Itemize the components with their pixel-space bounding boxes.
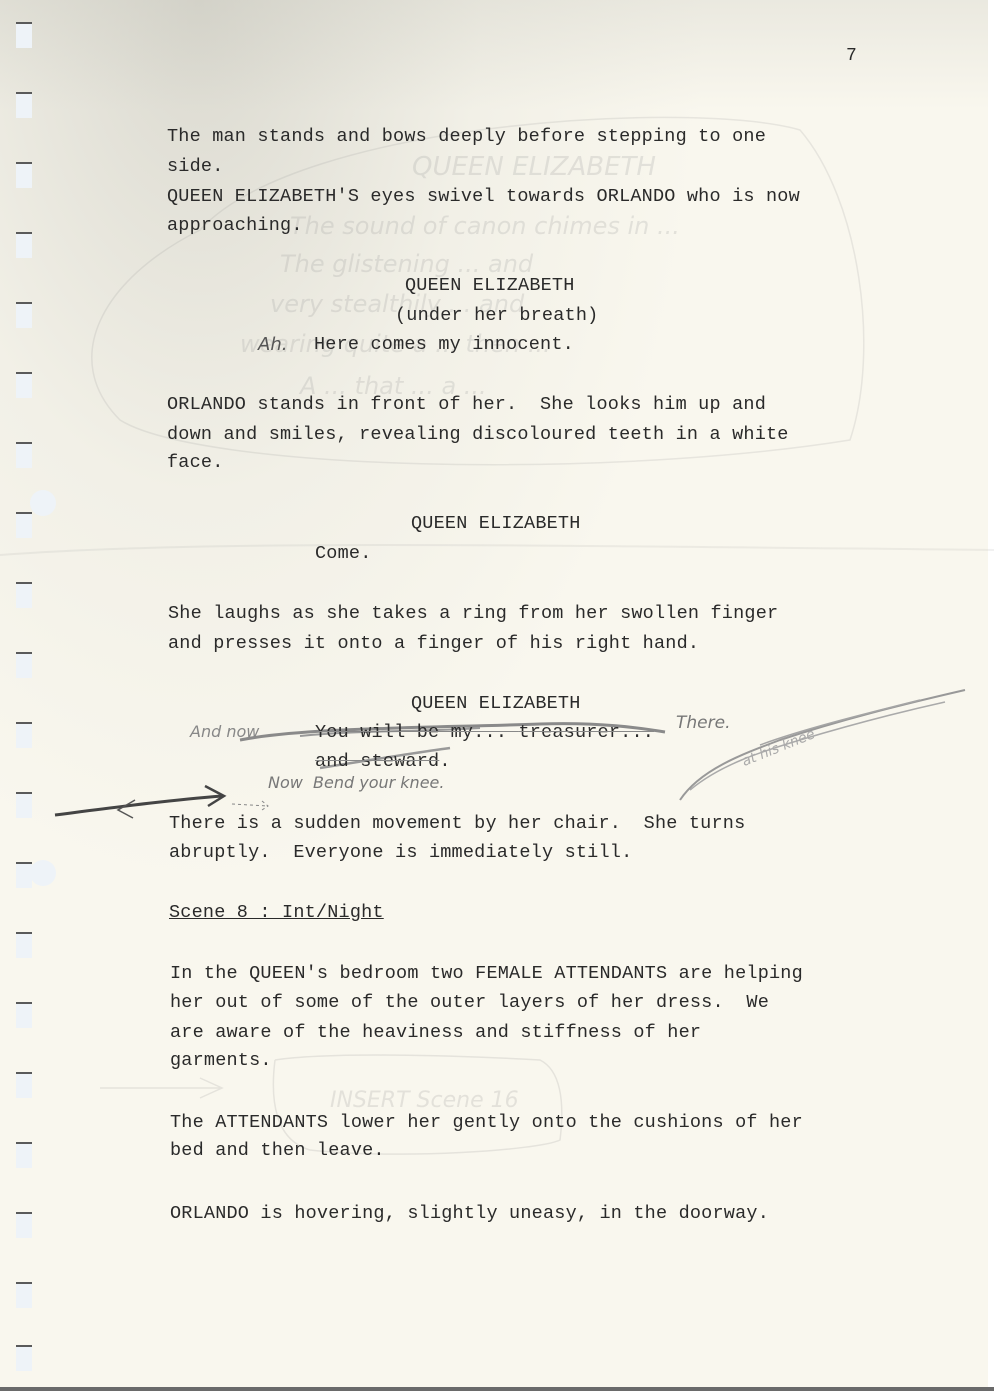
action-line: and presses it onto a finger of his righ… <box>168 633 699 654</box>
dialogue: Here comes my innocent. <box>314 334 574 355</box>
action-line: There is a sudden movement by her chair.… <box>169 813 745 834</box>
handwritten-annotation: And now <box>190 722 259 741</box>
struck-dialogue: You will be my... <box>315 722 518 743</box>
parenthetical: (under her breath) <box>395 305 598 326</box>
action-line: garments. <box>170 1050 272 1071</box>
struck-word: steward <box>360 751 439 772</box>
dialogue: You will be my... treasurer... <box>315 722 654 743</box>
dialogue: Come. <box>315 543 372 564</box>
character-name: QUEEN ELIZABETH <box>405 275 575 296</box>
action-line: ORLANDO is hovering, slightly uneasy, in… <box>170 1203 769 1224</box>
action-line: down and smiles, revealing discoloured t… <box>167 424 789 445</box>
handwritten-annotation: There. <box>676 713 730 733</box>
action-line: ORLANDO stands in front of her. She look… <box>167 394 766 415</box>
dialogue: and steward. <box>315 751 451 772</box>
action-line: The ATTENDANTS lower her gently onto the… <box>170 1112 803 1133</box>
action-line: approaching. <box>167 215 303 236</box>
character-name: QUEEN ELIZABETH <box>411 693 581 714</box>
action-line: bed and then leave. <box>170 1140 385 1161</box>
script-page: QUEEN ELIZABETH The sound of canon chime… <box>0 0 994 1391</box>
action-line: her out of some of the outer layers of h… <box>170 992 769 1013</box>
struck-dialogue: and <box>315 751 360 772</box>
action-line: are aware of the heaviness and stiffness… <box>170 1022 701 1043</box>
action-line: side. <box>167 156 224 177</box>
struck-word: treasurer... <box>518 722 654 743</box>
scene-heading: Scene 8 : Int/Night <box>169 902 384 923</box>
dialogue-punct: . <box>439 751 450 772</box>
action-line: The man stands and bows deeply before st… <box>167 126 766 147</box>
character-name: QUEEN ELIZABETH <box>411 513 581 534</box>
action-line: abruptly. Everyone is immediately still. <box>169 842 632 863</box>
action-line: face. <box>167 452 224 473</box>
page-number: 7 <box>846 46 857 66</box>
handwritten-annotation: Ah. <box>258 334 287 355</box>
action-line: She laughs as she takes a ring from her … <box>168 603 778 624</box>
action-line: In the QUEEN's bedroom two FEMALE ATTEND… <box>170 963 803 984</box>
action-line: QUEEN ELIZABETH'S eyes swivel towards OR… <box>167 186 800 207</box>
handwritten-annotation: Now Bend your knee. <box>268 773 444 792</box>
